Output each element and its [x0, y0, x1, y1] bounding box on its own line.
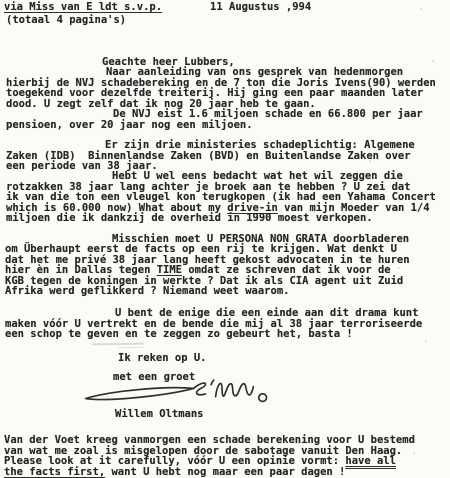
scan-speck: [425, 340, 427, 342]
letter-line: miljoen die ik dankzij de overheid in 19…: [0, 213, 450, 223]
scan-speck: [413, 452, 415, 454]
letter-line: Afrika werd geflikkerd ? Niemand weet wa…: [0, 286, 450, 296]
text-segment: (totaal 4 pagina's): [6, 14, 126, 26]
signature-stroke-name: [216, 383, 254, 396]
signature-stroke-cigar: [86, 388, 194, 400]
text-segment: 11 Augustus ,994: [210, 1, 311, 13]
letter-line: een schop te geven en te zeggen zo gebeu…: [0, 329, 450, 339]
signature-stroke-tick: [211, 380, 214, 385]
scan-speck: [369, 160, 371, 162]
letter-line: (totaal 4 pagina's): [0, 15, 450, 25]
letter-line: pensioen, over 20 jaar nog een miljoen.: [0, 120, 450, 130]
letter-line: via Miss van E ldt s.v.p.11 Augustus ,99…: [0, 2, 450, 12]
signature-stroke-scribble: [194, 383, 206, 395]
letter-line: the facts first, want U hebt nog maar ee…: [0, 467, 450, 477]
letter-line: Ik reken op U.: [0, 353, 450, 363]
signature-scrawl: [82, 376, 270, 410]
text-segment: the facts first,: [4, 466, 105, 478]
text-segment: een schop te geven en te zeggen zo gebeu…: [5, 328, 353, 340]
text-segment: pensioen, over 20 jaar nog een miljoen.: [6, 119, 253, 131]
text-segment: miljoen die ik dankzij de overheid in 19…: [6, 212, 373, 224]
text-segment: Ik reken op U.: [118, 352, 207, 364]
scan-speck: [398, 267, 400, 269]
scan-speck: [432, 60, 434, 62]
text-segment: want U hebt nog maar een paar dagen !: [105, 466, 345, 478]
text-segment: Afrika werd geflikkerd ? Niemand weet wa…: [5, 285, 289, 297]
letter-line: Willem Oltmans: [0, 409, 450, 419]
scanned-letter-page: via Miss van E ldt s.v.p.11 Augustus ,99…: [0, 0, 450, 478]
text-segment: via Miss van E ldt s.v.p.: [4, 1, 162, 13]
scan-speck: [420, 8, 422, 10]
signature-stroke-o: [259, 394, 267, 402]
text-segment: have all: [345, 455, 396, 467]
